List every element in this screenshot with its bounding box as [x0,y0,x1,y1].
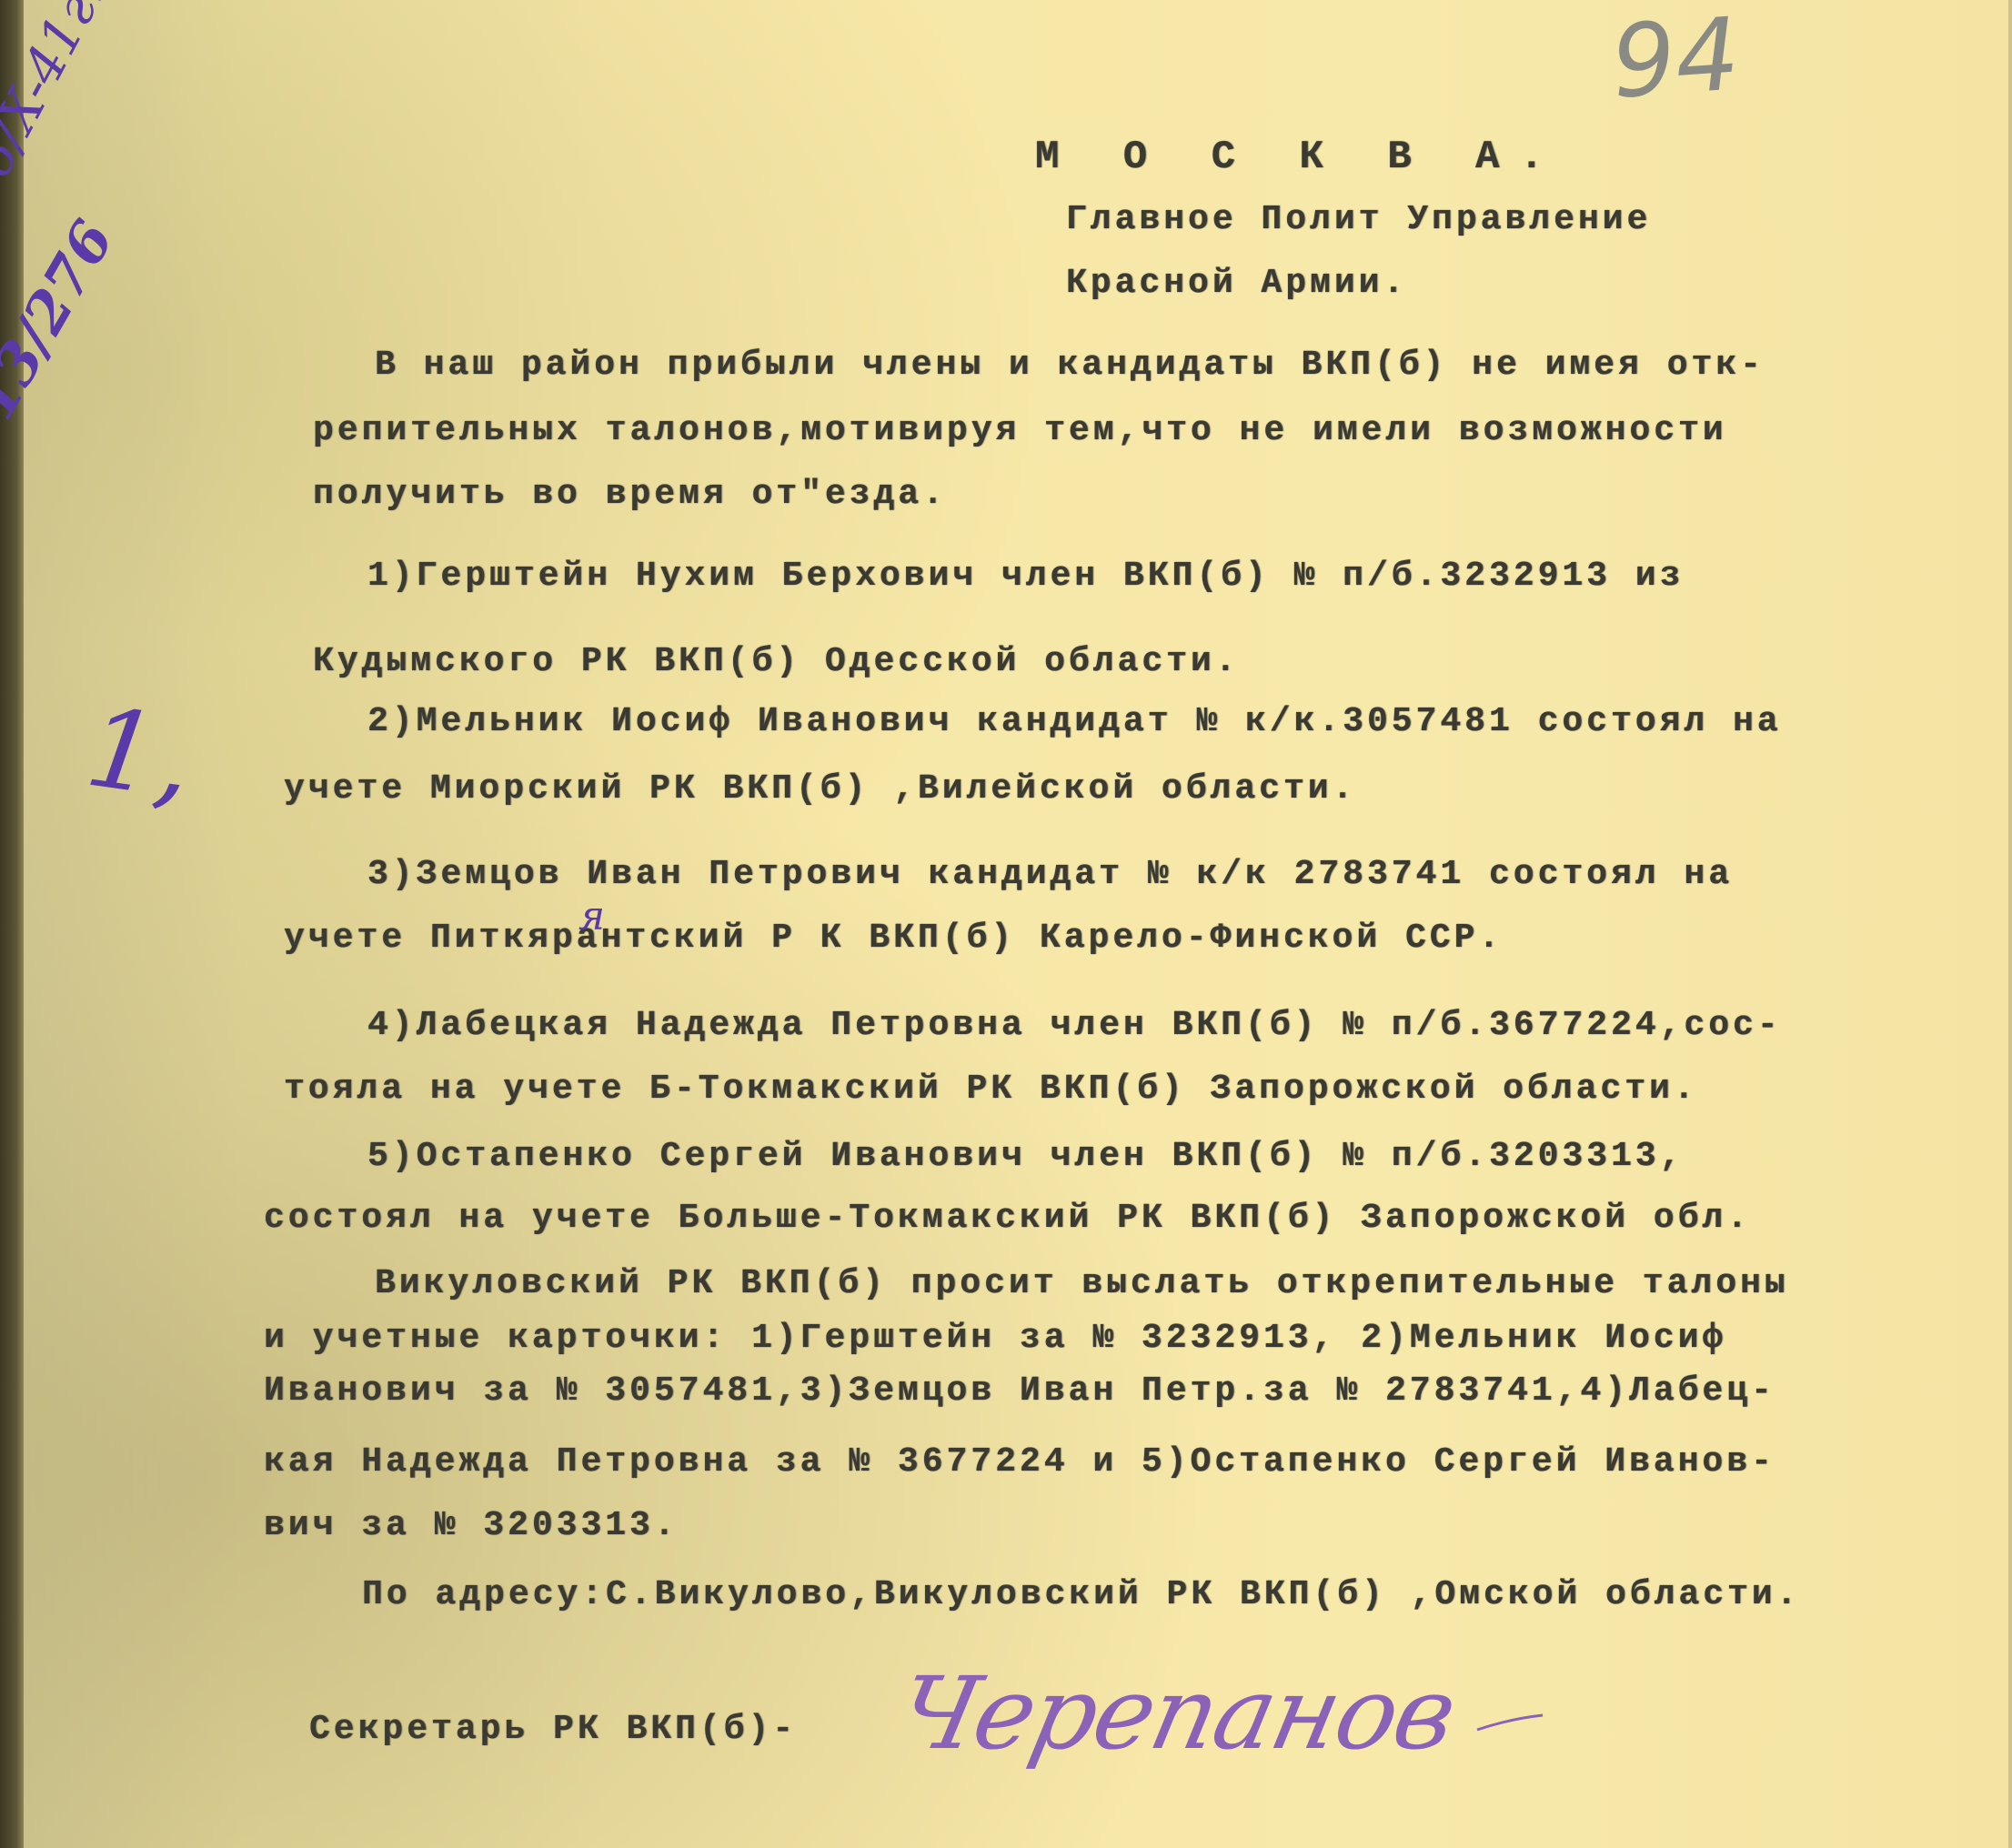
signature: Черепанов [888,1655,1464,1772]
signature-flourish [1474,1710,1546,1737]
signature-label: Секретарь РК ВКП(б)- [309,1710,797,1749]
request-line: и учетные карточки: 1)Герштейн за № 3232… [264,1319,1726,1358]
list-item-line: состоял на учете Больше-Токмакский РК ВК… [264,1199,1751,1238]
request-line: Иванович за № 3057481,3)Земцов Иван Петр… [264,1371,1776,1411]
request-line: вич за № 3203313. [264,1506,679,1545]
list-item-line: 5)Остапенко Сергей Иванович член ВКП(б) … [367,1137,1684,1176]
city-heading: М О С К В А. [1035,135,1564,180]
list-item-line: 1)Герштейн Нухим Берхович член ВКП(б) № … [367,557,1684,596]
page-edge [2008,0,2012,1848]
binding-edge [0,0,24,1848]
document-page: 94 16/X-41г. 13/276 1, М О С К В А. Глав… [0,0,2012,1848]
intro-line: В наш район прибыли члены и кандидаты ВК… [375,346,1765,385]
list-item-line: 2)Мельник Иосиф Иванович кандидат № к/к.… [367,702,1782,741]
list-item-line: учете Питкярантский Р К ВКП(б) Карело-Фи… [284,919,1503,958]
list-item-line: учете Миорский РК ВКП(б) ,Вилейской обла… [284,769,1356,808]
request-line: кая Надежда Петровна за № 3677224 и 5)Ос… [264,1442,1776,1481]
intro-line: репительных талонов,мотивируя тем,что не… [313,411,1727,450]
list-item-line: 3)Земцов Иван Петрович кандидат № к/к 27… [367,855,1733,894]
list-item-line: 4)Лабецкая Надежда Петровна член ВКП(б) … [367,1006,1782,1045]
margin-mark: 1, [79,685,200,825]
list-item-line: Кудымского РК ВКП(б) Одесской области. [313,642,1240,681]
handwritten-correction: я [578,893,605,939]
address-line: По адресу:С.Викулово,Викуловский РК ВКП(… [362,1575,1800,1614]
request-line: Викуловский РК ВКП(б) просит выслать отк… [375,1264,1789,1303]
page-number: 94 [1608,0,1744,121]
intro-line: получить во время от"езда. [313,475,947,514]
list-item-line: тояла на учете Б-Токмакский РК ВКП(б) За… [284,1070,1698,1109]
addressee-line-2: Красной Армии. [1066,264,1407,303]
addressee-line-1: Главное Полит Управление [1066,200,1651,239]
